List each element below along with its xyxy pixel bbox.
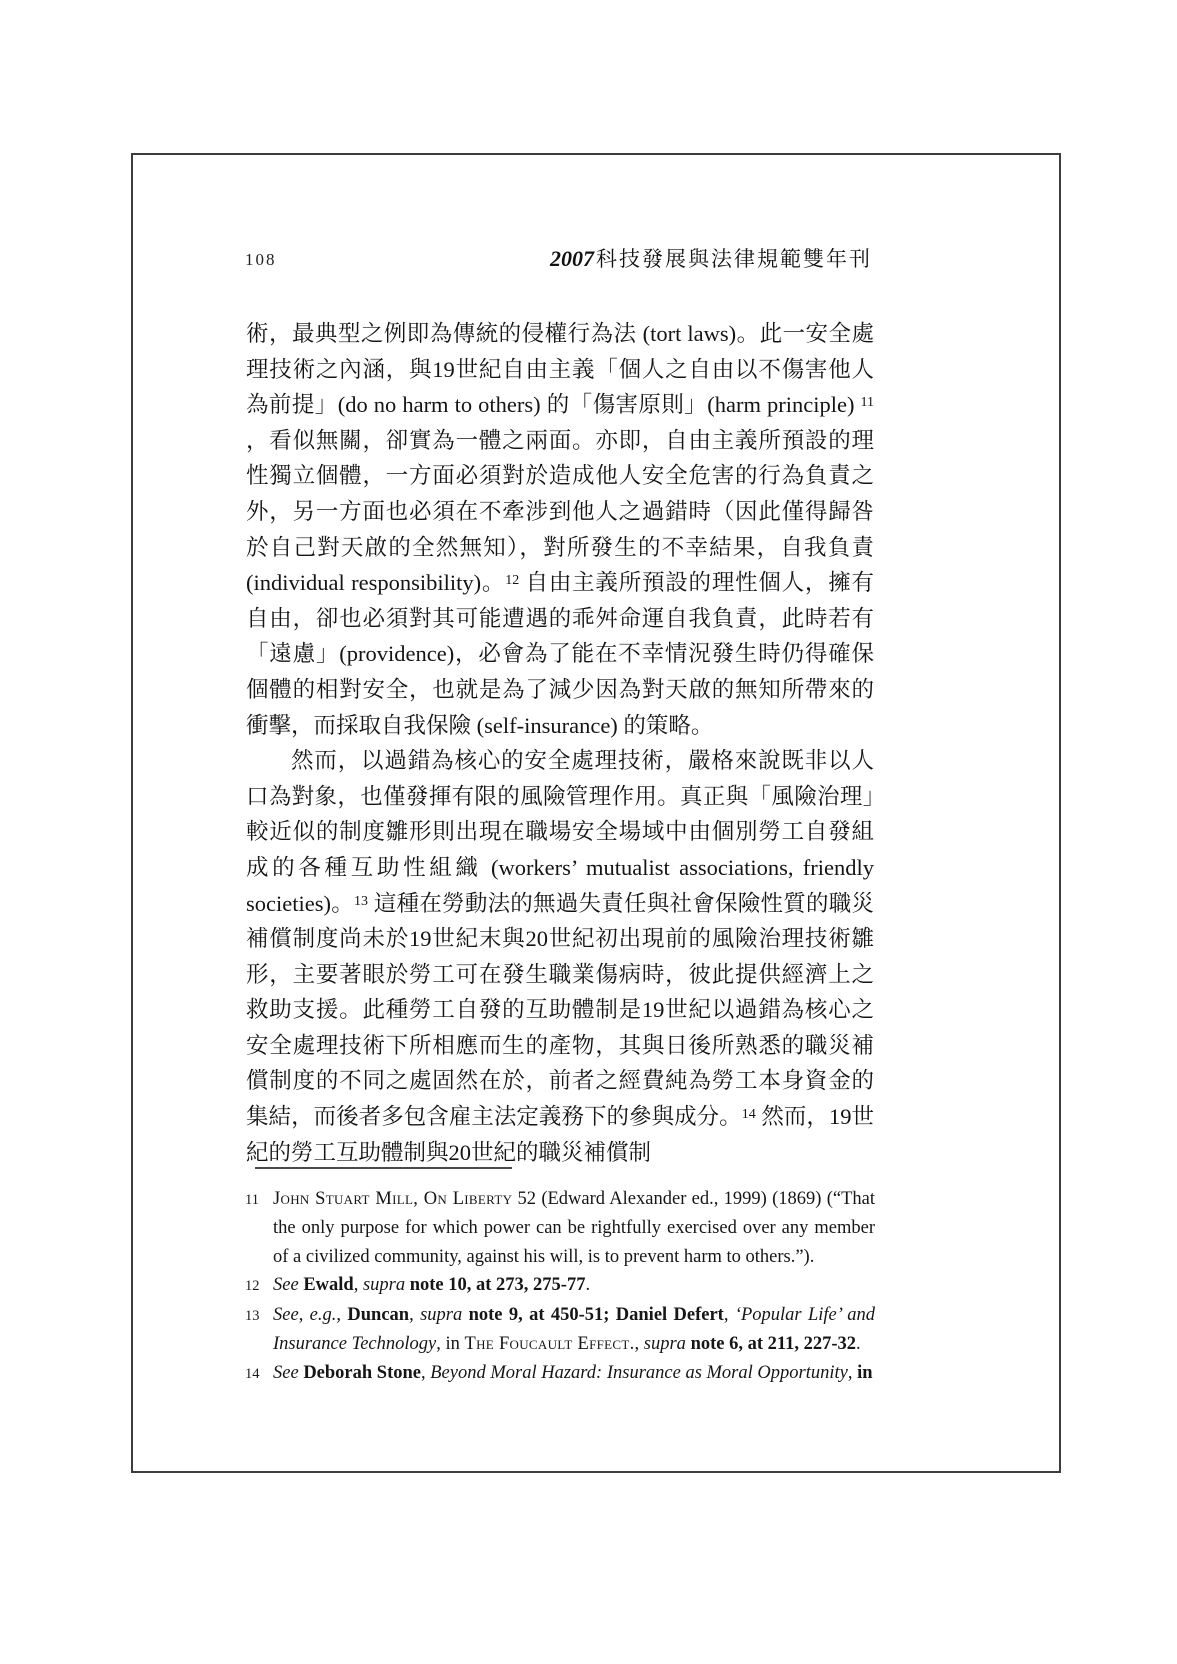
body-text: 術，最典型之例即為傳統的侵權行為法 (tort laws)。此一安全處理技術之內… [246, 316, 874, 1170]
footnote-number: 11 [245, 1185, 273, 1215]
footnote-item: 13See, e.g., Duncan, supra note 9, at 45… [245, 1301, 875, 1359]
text-run: . [856, 1334, 861, 1354]
scanned-journal-page: 108 2007科技發展與法律規範雙年刊 術，最典型之例即為傳統的侵權行為法 (… [0, 0, 1177, 1664]
text-run: , [635, 1334, 644, 1354]
footnote-text: John Stuart Mill, On Liberty 52 (Edward … [273, 1185, 875, 1271]
text-run: , [299, 1305, 310, 1325]
text-run: Beyond Moral Hazard: Insurance as Moral … [430, 1363, 848, 1383]
body-paragraph: 然而，以過錯為核心的安全處理技術，嚴格來說既非以人口為對象，也僅發揮有限的風險管… [246, 743, 874, 1170]
footnote-item: 12See Ewald, supra note 10, at 273, 275-… [245, 1271, 875, 1301]
text-run: e.g. [310, 1305, 337, 1325]
text-run: John Stuart Mill, On Liberty [273, 1189, 512, 1209]
text-run: , [848, 1363, 857, 1383]
footnote-item: 11John Stuart Mill, On Liberty 52 (Edwar… [245, 1185, 875, 1271]
journal-title-year: 2007 [550, 246, 594, 271]
footnote-ref: 11 [861, 395, 874, 410]
page-number: 108 [245, 250, 277, 270]
footnote-text: See Ewald, supra note 10, at 273, 275-77… [273, 1271, 875, 1300]
journal-title: 2007科技發展與法律規範雙年刊 [550, 243, 872, 273]
text-run: , [409, 1305, 420, 1325]
footnote-ref: 12 [505, 573, 519, 588]
text-run: in [857, 1363, 872, 1383]
text-run: See [273, 1363, 299, 1383]
text-run: supra [363, 1275, 405, 1295]
footnote-number: 12 [245, 1271, 273, 1301]
footnote-text: See Deborah Stone, Beyond Moral Hazard: … [273, 1359, 875, 1388]
body-paragraph: 術，最典型之例即為傳統的侵權行為法 (tort laws)。此一安全處理技術之內… [246, 316, 874, 743]
text-run: , [724, 1305, 735, 1325]
text-run: The Foucault Effect. [465, 1334, 635, 1354]
text-run: note 9, at 450-51; [469, 1305, 610, 1325]
journal-title-text: 科技發展與法律規範雙年刊 [596, 247, 872, 271]
text-run: , [421, 1363, 430, 1383]
text-run: , [336, 1305, 347, 1325]
text-run: . [585, 1275, 590, 1295]
footnote-separator [255, 1167, 512, 1169]
footnote-number: 14 [245, 1359, 273, 1389]
footnote-number: 13 [245, 1301, 273, 1331]
footnotes: 11John Stuart Mill, On Liberty 52 (Edwar… [245, 1185, 875, 1389]
text-run: supra [644, 1334, 686, 1354]
text-run: , in [436, 1334, 464, 1354]
text-run: 術，最典型之例即為傳統的侵權行為法 (tort laws)。此一安全處理技術之內… [246, 321, 874, 417]
text-run: See [273, 1275, 299, 1295]
text-run: note 6, at 211, 227-32 [691, 1334, 856, 1354]
text-run: See [273, 1305, 299, 1325]
text-run: Daniel Defert [616, 1305, 724, 1325]
text-run: Deborah Stone [303, 1363, 421, 1383]
text-run: Duncan [347, 1305, 409, 1325]
text-run: note 10, at 273, 275-77 [410, 1275, 586, 1295]
text-run: Ewald [303, 1275, 353, 1295]
footnote-ref: 14 [742, 1107, 756, 1122]
text-run: supra [420, 1305, 462, 1325]
text-run: , [354, 1275, 363, 1295]
text-run: 這種在勞動法的無過失責任與社會保險性質的職災補償制度尚未於19世紀末與20世紀初… [246, 891, 874, 1130]
footnote-item: 14See Deborah Stone, Beyond Moral Hazard… [245, 1359, 875, 1389]
footnote-ref: 13 [354, 894, 368, 909]
footnote-text: See, e.g., Duncan, supra note 9, at 450-… [273, 1301, 875, 1359]
text-run: 自由主義所預設的理性個人，擁有自由，卻也必須對其可能遭遇的乖舛命運自我負責，此時… [246, 570, 874, 737]
